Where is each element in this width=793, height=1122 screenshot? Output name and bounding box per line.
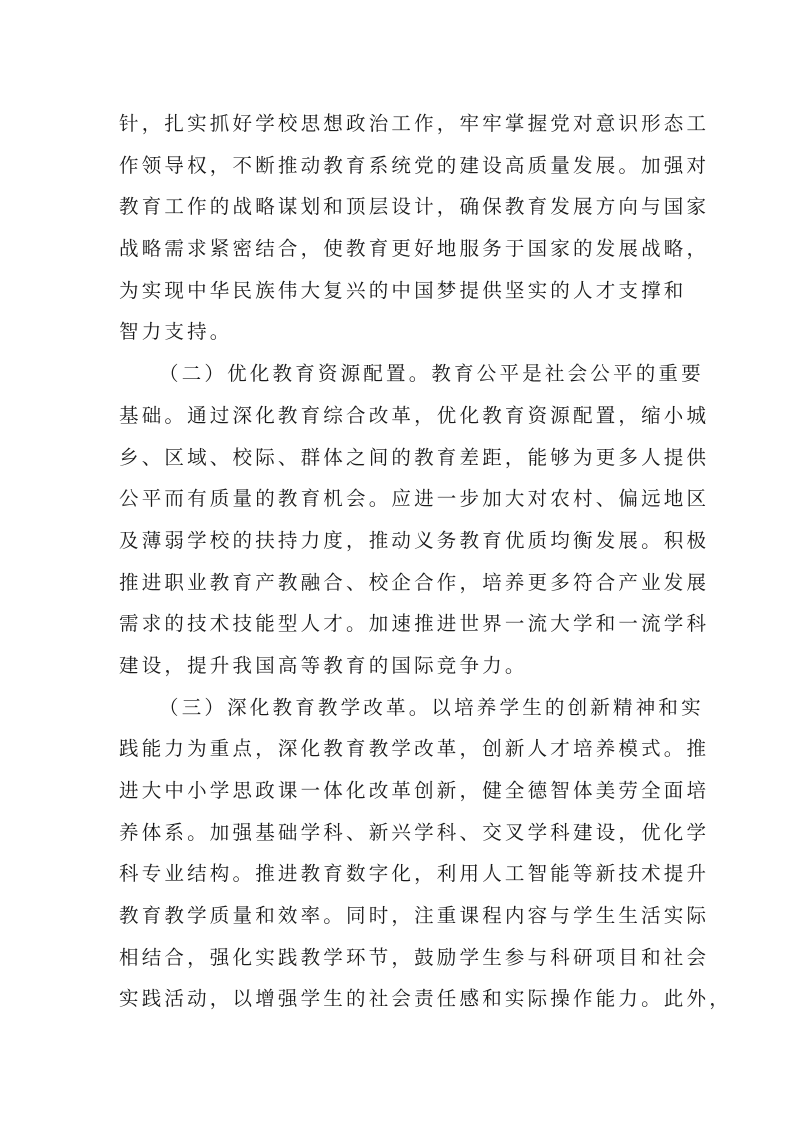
text-line: 智力支持。 <box>119 311 679 353</box>
text-line: 战略需求紧密结合，使教育更好地服务于国家的发展战略， <box>119 228 679 270</box>
text-line: 实践活动，以增强学生的社会责任感和实际操作能力。此外， <box>119 978 679 1020</box>
text-line: 需求的技术技能型人才。加速推进世界一流大学和一流学科 <box>119 603 679 645</box>
text-line: 养体系。加强基础学科、新兴学科、交叉学科建设，优化学 <box>119 812 679 854</box>
paragraph-section-3: （三）深化教育教学改革。以培养学生的创新精神和实 践能力为重点，深化教育教学改革… <box>119 687 679 1021</box>
text-line: 科专业结构。推进教育数字化，利用人工智能等新技术提升 <box>119 853 679 895</box>
text-line: 作领导权，不断推动教育系统党的建设高质量发展。加强对 <box>119 145 679 187</box>
text-line: 乡、区域、校际、群体之间的教育差距，能够为更多人提供 <box>119 437 679 479</box>
text-line: 进大中小学思政课一体化改革创新，健全德智体美劳全面培 <box>119 770 679 812</box>
text-line: 及薄弱学校的扶持力度，推动义务教育优质均衡发展。积极 <box>119 520 679 562</box>
section-heading-line: （三）深化教育教学改革。以培养学生的创新精神和实 <box>119 687 679 729</box>
text-line: 为实现中华民族伟大复兴的中国梦提供坚实的人才支撑和 <box>119 270 679 312</box>
text-line: 建设，提升我国高等教育的国际竞争力。 <box>119 645 679 687</box>
text-line: 基础。通过深化教育综合改革，优化教育资源配置，缩小城 <box>119 395 679 437</box>
text-line: 推进职业教育产教融合、校企合作，培养更多符合产业发展 <box>119 562 679 604</box>
text-line: 相结合，强化实践教学环节，鼓励学生参与科研项目和社会 <box>119 937 679 979</box>
text-line: 教育教学质量和效率。同时，注重课程内容与学生生活实际 <box>119 895 679 937</box>
document-page: 针，扎实抓好学校思想政治工作，牢牢掌握党对意识形态工 作领导权，不断推动教育系统… <box>0 0 793 1122</box>
paragraph-continuation: 针，扎实抓好学校思想政治工作，牢牢掌握党对意识形态工 作领导权，不断推动教育系统… <box>119 103 679 353</box>
paragraph-section-2: （二）优化教育资源配置。教育公平是社会公平的重要 基础。通过深化教育综合改革，优… <box>119 353 679 687</box>
text-line: 践能力为重点，深化教育教学改革，创新人才培养模式。推 <box>119 728 679 770</box>
text-line: 针，扎实抓好学校思想政治工作，牢牢掌握党对意识形态工 <box>119 103 679 145</box>
text-line: 教育工作的战略谋划和顶层设计，确保教育发展方向与国家 <box>119 186 679 228</box>
text-line: 公平而有质量的教育机会。应进一步加大对农村、偏远地区 <box>119 478 679 520</box>
section-heading-line: （二）优化教育资源配置。教育公平是社会公平的重要 <box>119 353 679 395</box>
document-body: 针，扎实抓好学校思想政治工作，牢牢掌握党对意识形态工 作领导权，不断推动教育系统… <box>119 103 679 1020</box>
